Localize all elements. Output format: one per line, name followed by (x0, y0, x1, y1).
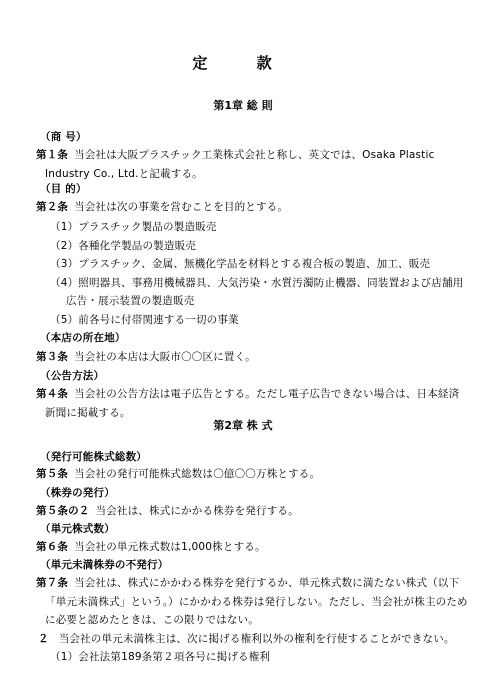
article-number: 第３条 (36, 351, 68, 363)
list-item-continuation: 広告・展示装置の製造販売 (66, 294, 194, 308)
document-title: 定 款 (0, 52, 486, 73)
paragraph-number: ２ (38, 633, 49, 645)
article-text: 当会社の公告方法は電子広告とする。ただし電子広告できない場合は、日本経済 (74, 388, 459, 400)
article-line: 第１条当会社は大阪プラスチック工業株式会社と称し、英文では、Osaka Plas… (36, 148, 435, 162)
paragraph-line: ２当会社の単元未満株主は、次に掲げる権利以外の権利を行使することができない。 (38, 632, 455, 646)
article-number: 第４条 (36, 388, 68, 400)
article-text: 当会社の単元株式数は1,000株とする。 (74, 541, 266, 553)
article-text: 当会社は次の事業を営むことを目的とする。 (74, 201, 288, 213)
section-heading: （本店の所在地） (40, 331, 126, 345)
section-heading: （株券の発行） (40, 486, 115, 500)
article-text: 当会社の本店は大阪市〇〇区に置く。 (74, 351, 256, 363)
article-number: 第６条 (36, 541, 68, 553)
list-item: （1）プラスチック製品の製造販売 (50, 220, 217, 234)
section-heading: （発行可能株式総数） (40, 450, 147, 464)
chapter-1-heading: 第1章 総 則 (0, 97, 486, 113)
article-text: 当会社は、株式にかかる株券を発行する。 (96, 505, 299, 517)
article-continuation: Industry Co., Ltd.と記載する。 (45, 167, 203, 181)
list-item: （2）各種化学製品の製造販売 (50, 239, 196, 253)
list-item: （5）前各号に付帯関連する一切の事業 (50, 313, 239, 327)
article-line: 第３条当会社の本店は大阪市〇〇区に置く。 (36, 350, 256, 364)
article-number: 第１条 (36, 149, 68, 161)
section-heading: （目 的） (40, 182, 87, 196)
list-item: （3）プラスチック、金属、無機化学品を材料とする複合板の製造、加工、販売 (50, 257, 430, 271)
article-number: 第７条 (36, 577, 68, 589)
section-heading: （公告方法） (40, 369, 104, 383)
article-line: 第５条の２当会社は、株式にかかる株券を発行する。 (36, 504, 299, 518)
article-number: 第２条 (36, 201, 68, 213)
paragraph-text: 当会社の単元未満株主は、次に掲げる権利以外の権利を行使することができない。 (59, 633, 455, 645)
document-page: 定 款 第1章 総 則 第2章 株 式 （商 号） 第１条当会社は大阪プラスチッ… (0, 0, 486, 686)
section-heading: （単元未満株券の不発行） (40, 558, 168, 572)
article-line: 第４条当会社の公告方法は電子広告とする。ただし電子広告できない場合は、日本経済 (36, 387, 459, 401)
article-continuation: 新聞に掲載する。 (45, 406, 131, 420)
article-line: 第５条当会社の発行可能株式総数は〇億〇〇万株とする。 (36, 467, 320, 481)
article-text: 当会社は大阪プラスチック工業株式会社と称し、英文では、Osaka Plastic (74, 149, 434, 161)
article-line: 第２条当会社は次の事業を営むことを目的とする。 (36, 200, 288, 214)
article-line: 第６条当会社の単元株式数は1,000株とする。 (36, 540, 266, 554)
article-continuation: に必要と認めたときは、この限りではない。 (45, 613, 259, 627)
article-number: 第５条の２ (36, 505, 90, 517)
article-continuation: 「単元未満株式」という。）にかかわる株券は発行しない。ただし、当会社が株主のため (45, 595, 468, 609)
article-text: 当会社の発行可能株式総数は〇億〇〇万株とする。 (74, 468, 320, 480)
article-number: 第５条 (36, 468, 68, 480)
list-item: （1）会社法第189条第２項各号に掲げる権利 (50, 650, 270, 664)
list-item: （4）照明器具、事務用機械器具、大気汚染・水質汚濁防止機器、同装置および店舗用 (50, 276, 463, 290)
section-heading: （商 号） (40, 130, 87, 144)
section-heading: （単元株式数） (40, 522, 115, 536)
article-text: 当会社は、株式にかかわる株券を発行するか、単元株式数に満たない株式（以下 (74, 577, 459, 589)
article-line: 第７条当会社は、株式にかかわる株券を発行するか、単元株式数に満たない株式（以下 (36, 576, 459, 590)
